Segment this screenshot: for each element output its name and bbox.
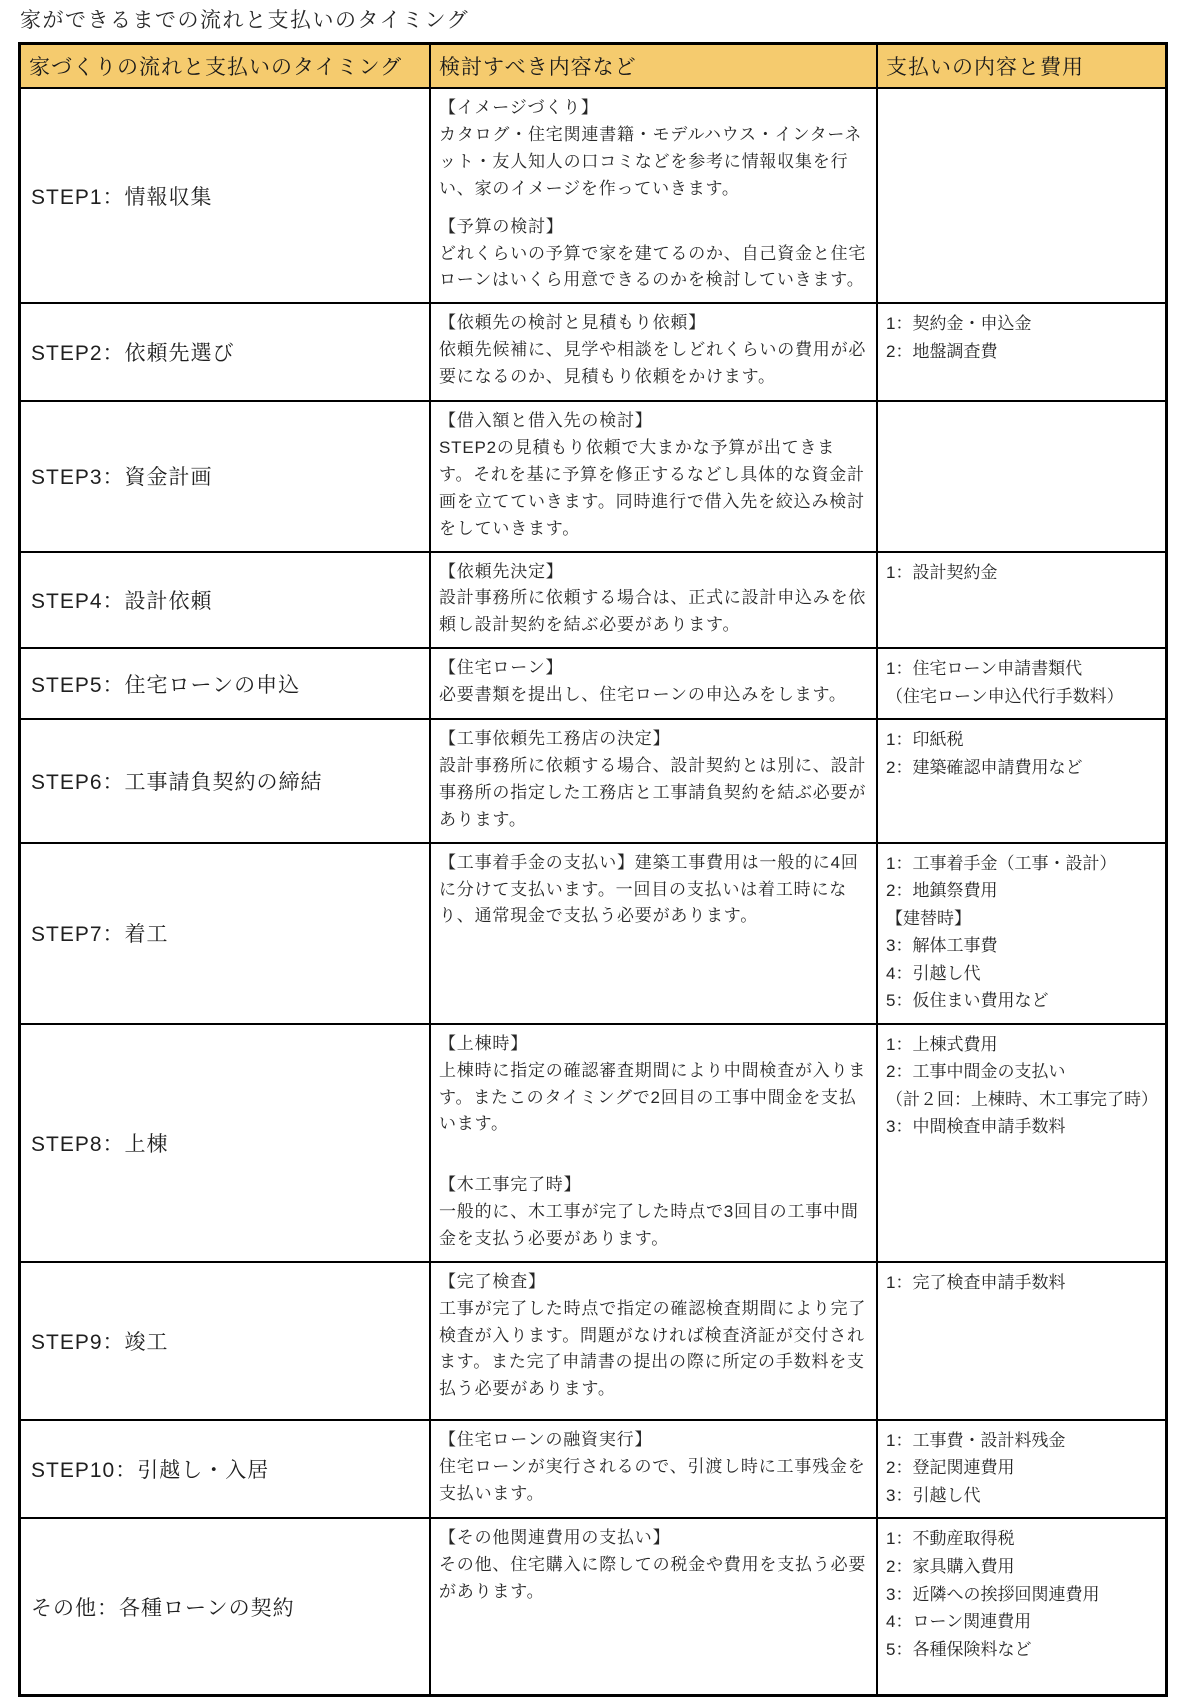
step-label: STEP8：上棟 — [21, 1025, 431, 1261]
payment-group-heading: 【建替時】 — [886, 905, 1159, 933]
payment-cell: 1：契約金・申込金 2：地盤調査費 — [878, 304, 1165, 400]
paragraph-heading: 【イメージづくり】 — [439, 95, 868, 122]
payment-line: 1：印紙税 — [886, 726, 1159, 754]
payment-line: 2：登記関連費用 — [886, 1454, 1159, 1482]
payment-cell: 1：設計契約金 — [878, 553, 1165, 648]
step-label: STEP9：竣工 — [21, 1263, 431, 1419]
paragraph-heading: 【住宅ローン】 — [439, 655, 868, 682]
payment-line: 3：中間検査申請手数料 — [886, 1113, 1159, 1141]
content-cell: 【工事依頼先工務店の決定】 設計事務所に依頼する場合、設計契約とは別に、設計事務… — [431, 720, 878, 841]
payment-cell: 1：完了検査申請手数料 — [878, 1263, 1165, 1419]
content-paragraph: 【工事依頼先工務店の決定】 設計事務所に依頼する場合、設計契約とは別に、設計事務… — [439, 726, 868, 833]
content-paragraph: 【イメージづくり】 カタログ・住宅関連書籍・モデルハウス・インターネット・友人知… — [439, 95, 868, 202]
payment-line: 3：近隣への挨拶回関連費用 — [886, 1581, 1159, 1609]
payment-line: 1：契約金・申込金 — [886, 310, 1159, 338]
page: 家ができるまでの流れと支払いのタイミング 家づくりの流れと支払いのタイミング 検… — [0, 0, 1189, 1697]
paragraph-heading: 【完了検査】 — [439, 1269, 868, 1296]
payment-line: 2：工事中間金の支払い — [886, 1058, 1159, 1086]
content-cell: 【イメージづくり】 カタログ・住宅関連書籍・モデルハウス・インターネット・友人知… — [431, 89, 878, 302]
step-label: その他：各種ローンの契約 — [21, 1519, 431, 1694]
payment-line: 3：解体工事費 — [886, 932, 1159, 960]
paragraph-body: 住宅ローンが実行されるので、引渡し時に工事残金を支払います。 — [439, 1454, 868, 1508]
content-cell: 【完了検査】 工事が完了した時点で指定の確認検査期間により完了検査が入ります。問… — [431, 1263, 878, 1419]
content-paragraph: 【借入額と借入先の検討】 STEP2の見積もり依頼で大まかな予算が出てきます。そ… — [439, 408, 868, 542]
step-label: STEP2：依頼先選び — [21, 304, 431, 400]
payment-cell: 1：上棟式費用 2：工事中間金の支払い （計２回：上棟時、木工事完了時） 3：中… — [878, 1025, 1165, 1261]
paragraph-body: カタログ・住宅関連書籍・モデルハウス・インターネット・友人知人の口コミなどを参考… — [439, 122, 868, 203]
content-cell: 【その他関連費用の支払い】 その他、住宅購入に際しての税金や費用を支払う必要があ… — [431, 1519, 878, 1694]
payment-line: 5：仮住まい費用など — [886, 987, 1159, 1015]
step-label: STEP6：工事請負契約の締結 — [21, 720, 431, 841]
payment-line: 2：地盤調査費 — [886, 338, 1159, 366]
paragraph-body: 工事が完了した時点で指定の確認検査期間により完了検査が入ります。問題がなければ検… — [439, 1296, 868, 1403]
payment-line: 4：引越し代 — [886, 960, 1159, 988]
table-row-step3: STEP3：資金計画 【借入額と借入先の検討】 STEP2の見積もり依頼で大まか… — [21, 402, 1165, 552]
paragraph-body: 設計事務所に依頼する場合、設計契約とは別に、設計事務所の指定した工務店と工事請負… — [439, 753, 868, 834]
content-cell: 【依頼先の検討と見積もり依頼】 依頼先候補に、見学や相談をしどれくらいの費用が必… — [431, 304, 878, 400]
table-row-step8: STEP8：上棟 【上棟時】 上棟時に指定の確認審査期間により中間検査が入ります… — [21, 1025, 1165, 1263]
content-paragraph: 【その他関連費用の支払い】 その他、住宅購入に際しての税金や費用を支払う必要があ… — [439, 1525, 868, 1606]
paragraph-body: 依頼先候補に、見学や相談をしどれくらいの費用が必要になるのか、見積もり依頼をかけ… — [439, 337, 868, 391]
paragraph-body: 必要書類を提出し、住宅ローンの申込みをします。 — [439, 682, 868, 709]
payment-line: 1：完了検査申請手数料 — [886, 1269, 1159, 1297]
table-header-row: 家づくりの流れと支払いのタイミング 検討すべき内容など 支払いの内容と費用 — [21, 45, 1165, 89]
paragraph-body: 上棟時に指定の確認審査期間により中間検査が入ります。またこのタイミングで2回目の… — [439, 1058, 868, 1139]
payment-line: （住宅ローン申込代行手数料） — [886, 683, 1159, 711]
paragraph-body: その他、住宅購入に際しての税金や費用を支払う必要があります。 — [439, 1552, 868, 1606]
table-row-step5: STEP5：住宅ローンの申込 【住宅ローン】 必要書類を提出し、住宅ローンの申込… — [21, 649, 1165, 720]
payment-cell: 1：印紙税 2：建築確認申請費用など — [878, 720, 1165, 841]
header-consider-column: 検討すべき内容など — [431, 45, 878, 87]
step-label: STEP5：住宅ローンの申込 — [21, 649, 431, 718]
paragraph-heading: 【依頼先の検討と見積もり依頼】 — [439, 310, 868, 337]
payment-line: 1：不動産取得税 — [886, 1525, 1159, 1553]
step-label: STEP3：資金計画 — [21, 402, 431, 550]
paragraph-body: STEP2の見積もり依頼で大まかな予算が出てきます。それを基に予算を修正するなど… — [439, 435, 868, 542]
payment-line: 1：設計契約金 — [886, 559, 1159, 587]
payment-line: 1：工事着手金（工事・設計） — [886, 850, 1159, 878]
table-row-other: その他：各種ローンの契約 【その他関連費用の支払い】 その他、住宅購入に際しての… — [21, 1519, 1165, 1694]
table-row-step4: STEP4：設計依頼 【依頼先決定】 設計事務所に依頼する場合は、正式に設計申込… — [21, 553, 1165, 650]
table-row-step10: STEP10：引越し・入居 【住宅ローンの融資実行】 住宅ローンが実行されるので… — [21, 1421, 1165, 1520]
payment-line: 2：建築確認申請費用など — [886, 754, 1159, 782]
paragraph-heading: 【木工事完了時】 — [439, 1172, 868, 1199]
content-cell: 【借入額と借入先の検討】 STEP2の見積もり依頼で大まかな予算が出てきます。そ… — [431, 402, 878, 550]
content-paragraph: 【依頼先決定】 設計事務所に依頼する場合は、正式に設計申込みを依頼し設計契約を結… — [439, 559, 868, 640]
content-paragraph: 【木工事完了時】 一般的に、木工事が完了した時点で3回目の工事中間金を支払う必要… — [439, 1172, 868, 1253]
payment-line: 1：工事費・設計料残金 — [886, 1427, 1159, 1455]
payment-line: 4：ローン関連費用 — [886, 1608, 1159, 1636]
paragraph-heading: 【依頼先決定】 — [439, 559, 868, 586]
header-payment-column: 支払いの内容と費用 — [878, 45, 1165, 87]
payment-line: 1：上棟式費用 — [886, 1031, 1159, 1059]
header-flow-column: 家づくりの流れと支払いのタイミング — [21, 45, 431, 87]
step-label: STEP1：情報収集 — [21, 89, 431, 302]
table-row-step1: STEP1：情報収集 【イメージづくり】 カタログ・住宅関連書籍・モデルハウス・… — [21, 89, 1165, 304]
payment-cell — [878, 89, 1165, 302]
payment-cell — [878, 402, 1165, 550]
table-row-step2: STEP2：依頼先選び 【依頼先の検討と見積もり依頼】 依頼先候補に、見学や相談… — [21, 304, 1165, 402]
payment-cell: 1：工事着手金（工事・設計） 2：地鎮祭費用 【建替時】 3：解体工事費 4：引… — [878, 844, 1165, 1023]
payment-line: 2：家具購入費用 — [886, 1553, 1159, 1581]
table-row-step9: STEP9：竣工 【完了検査】 工事が完了した時点で指定の確認検査期間により完了… — [21, 1263, 1165, 1421]
paragraph-body: 一般的に、木工事が完了した時点で3回目の工事中間金を支払う必要があります。 — [439, 1199, 868, 1253]
process-table: 家づくりの流れと支払いのタイミング 検討すべき内容など 支払いの内容と費用 ST… — [18, 42, 1168, 1697]
step-label: STEP4：設計依頼 — [21, 553, 431, 648]
payment-line-note: （計２回：上棟時、木工事完了時） — [886, 1086, 1159, 1114]
content-paragraph: 【依頼先の検討と見積もり依頼】 依頼先候補に、見学や相談をしどれくらいの費用が必… — [439, 310, 868, 391]
paragraph-heading: 【予算の検討】 — [439, 214, 868, 241]
paragraph-heading: 【借入額と借入先の検討】 — [439, 408, 868, 435]
paragraph-heading: 【上棟時】 — [439, 1031, 868, 1058]
payment-cell: 1：住宅ローン申請書類代 （住宅ローン申込代行手数料） — [878, 649, 1165, 718]
content-cell: 【依頼先決定】 設計事務所に依頼する場合は、正式に設計申込みを依頼し設計契約を結… — [431, 553, 878, 648]
payment-line: 5：各種保険料など — [886, 1636, 1159, 1664]
content-paragraph: 【住宅ローンの融資実行】 住宅ローンが実行されるので、引渡し時に工事残金を支払い… — [439, 1427, 868, 1508]
content-cell: 【住宅ローン】 必要書類を提出し、住宅ローンの申込みをします。 — [431, 649, 878, 718]
paragraph-heading: 【住宅ローンの融資実行】 — [439, 1427, 868, 1454]
paragraph-body: 設計事務所に依頼する場合は、正式に設計申込みを依頼し設計契約を結ぶ必要があります… — [439, 585, 868, 639]
payment-line: 3：引越し代 — [886, 1482, 1159, 1510]
content-paragraph: 【上棟時】 上棟時に指定の確認審査期間により中間検査が入ります。またこのタイミン… — [439, 1031, 868, 1138]
payment-cell: 1：不動産取得税 2：家具購入費用 3：近隣への挨拶回関連費用 4：ローン関連費… — [878, 1519, 1165, 1694]
paragraph-heading: 【工事依頼先工務店の決定】 — [439, 726, 868, 753]
content-cell: 【工事着手金の支払い】建築工事費用は一般的に4回に分けて支払います。一回目の支払… — [431, 844, 878, 1023]
payment-line: 2：地鎮祭費用 — [886, 877, 1159, 905]
paragraph-body: 【工事着手金の支払い】建築工事費用は一般的に4回に分けて支払います。一回目の支払… — [439, 850, 868, 931]
table-row-step7: STEP7：着工 【工事着手金の支払い】建築工事費用は一般的に4回に分けて支払い… — [21, 844, 1165, 1025]
content-cell: 【上棟時】 上棟時に指定の確認審査期間により中間検査が入ります。またこのタイミン… — [431, 1025, 878, 1261]
paragraph-heading: 【その他関連費用の支払い】 — [439, 1525, 868, 1552]
payment-line: 1：住宅ローン申請書類代 — [886, 655, 1159, 683]
page-title: 家ができるまでの流れと支払いのタイミング — [20, 7, 1189, 34]
table-row-step6: STEP6：工事請負契約の締結 【工事依頼先工務店の決定】 設計事務所に依頼する… — [21, 720, 1165, 843]
content-paragraph: 【住宅ローン】 必要書類を提出し、住宅ローンの申込みをします。 — [439, 655, 868, 709]
content-cell: 【住宅ローンの融資実行】 住宅ローンが実行されるので、引渡し時に工事残金を支払い… — [431, 1421, 878, 1518]
payment-cell: 1：工事費・設計料残金 2：登記関連費用 3：引越し代 — [878, 1421, 1165, 1518]
content-paragraph: 【予算の検討】 どれくらいの予算で家を建てるのか、自己資金と住宅ローンはいくら用… — [439, 214, 868, 295]
content-paragraph: 【工事着手金の支払い】建築工事費用は一般的に4回に分けて支払います。一回目の支払… — [439, 850, 868, 931]
step-label: STEP10：引越し・入居 — [21, 1421, 431, 1518]
content-paragraph: 【完了検査】 工事が完了した時点で指定の確認検査期間により完了検査が入ります。問… — [439, 1269, 868, 1403]
step-label: STEP7：着工 — [21, 844, 431, 1023]
paragraph-body: どれくらいの予算で家を建てるのか、自己資金と住宅ローンはいくら用意できるのかを検… — [439, 241, 868, 295]
